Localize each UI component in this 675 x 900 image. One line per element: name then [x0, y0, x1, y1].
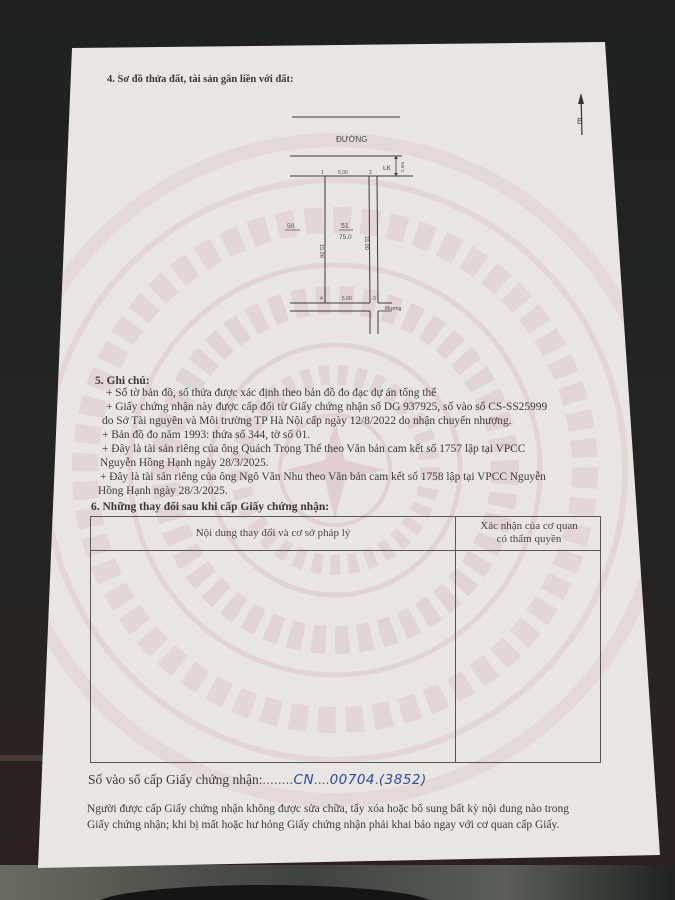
lk-label: LK	[383, 165, 392, 172]
registration-value-suffix: (3852)	[379, 772, 427, 788]
registration-number-line: Số vào sổ cấp Giấy chứng nhận:........CN…	[88, 772, 427, 788]
dot-leader: ....	[314, 772, 330, 787]
authority-confirmation-cell	[456, 552, 601, 762]
right-edge-length: 15.00	[363, 236, 369, 250]
parcel-number: 51	[341, 223, 349, 230]
north-label: B	[577, 117, 582, 126]
parcel-area: 75.0	[339, 234, 352, 241]
dot-leader: ........	[263, 772, 294, 787]
note-line: Hồng Hạnh ngày 28/3/2025.	[98, 485, 228, 497]
note-line: do Sở Tài nguyên và Môi trường TP Hà Nội…	[102, 415, 512, 427]
certificate-content: 4. Sơ đồ thửa đất, tài sản gắn liền với …	[0, 0, 675, 900]
left-edge-length: 15.00	[318, 244, 324, 258]
north-arrow-icon: B	[577, 93, 584, 135]
point-3: 3	[373, 296, 376, 302]
registration-label: Số vào sổ cấp Giấy chứng nhận:	[88, 772, 263, 787]
header-change-content: Nội dung thay đổi và cơ sở pháp lý	[91, 527, 455, 540]
point-4: 4	[320, 296, 323, 302]
note-line: + Đây là tài sản riêng của ông Quách Trọ…	[102, 443, 525, 455]
note-line: + Số tờ bản đồ, số thửa được xác định th…	[106, 387, 436, 399]
note-line: + Bản đồ đo năm 1993: thửa số 344, tờ số…	[102, 429, 310, 441]
road-label: ĐƯỜNG	[336, 135, 367, 144]
point-1: 1	[321, 170, 324, 176]
registration-value-number: 00704	[330, 772, 375, 788]
bottom-edge-length: 5.00	[342, 296, 352, 302]
header-authority-line-1: Xác nhận của cơ quan	[456, 520, 602, 533]
lk-width-label: 2.5m	[400, 162, 405, 172]
section-6-title: 6. Những thay đổi sau khi cấp Giấy chứng…	[91, 501, 329, 513]
change-content-cell	[91, 552, 455, 762]
header-authority-line-2: có thẩm quyền	[456, 533, 602, 546]
header-authority-confirmation: Xác nhận của cơ quan có thẩm quyền	[456, 520, 602, 546]
top-edge-length: 5.00	[338, 170, 348, 176]
note-line: + Đây là tài sản riêng của ông Ngô Văn N…	[100, 471, 546, 483]
registration-value-prefix: CN	[294, 772, 315, 788]
note-line: Nguyễn Hồng Hạnh ngày 28/3/2025.	[100, 457, 269, 469]
note-line: + Giấy chứng nhận này được cấp đổi từ Gi…	[106, 401, 547, 413]
changes-table: Nội dung thay đổi và cơ sở pháp lý Xác n…	[90, 516, 601, 763]
warning-line: Giấy chứng nhận; khi bị mất hoặc hư hỏng…	[87, 819, 559, 831]
warning-line: Người được cấp Giấy chứng nhận không đượ…	[87, 803, 569, 815]
point-2: 2	[369, 170, 372, 176]
ditch-label: Mương	[385, 306, 402, 312]
section-5-title: 5. Ghi chú:	[95, 375, 150, 387]
neighbor-parcel-number: 50	[287, 223, 295, 230]
